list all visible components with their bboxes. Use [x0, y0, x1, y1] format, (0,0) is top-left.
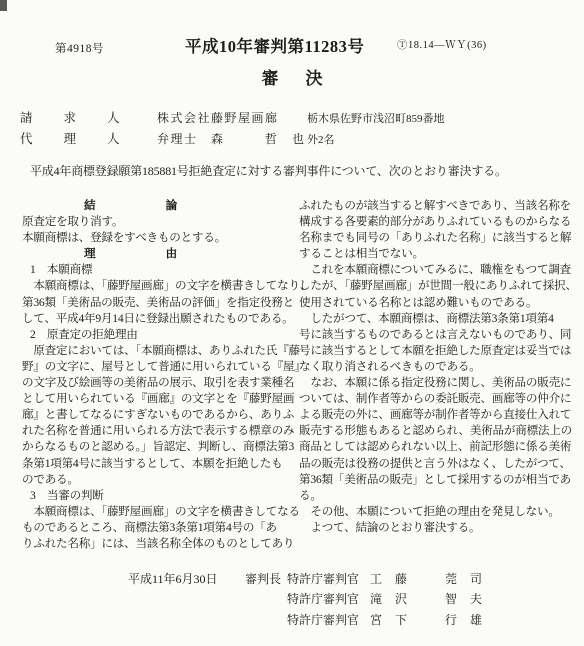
text-line: 商品としては認められない以上、前記形態に係る美術 — [299, 439, 579, 455]
text-line: 2 原査定の拒絶理由 — [22, 327, 294, 343]
examiner-name: 工 藤 莞 司 — [370, 572, 483, 586]
text-line: 原査定を取り消す。 — [22, 214, 294, 230]
party-name: 株式会社藤野屋画廊 — [157, 108, 307, 129]
decision-title: 審決 — [0, 64, 584, 89]
examiner-name: 宮 下 行 雄 — [370, 613, 483, 627]
text-line: したがつて、本願商標は、商標法第3条第1項第4 — [299, 311, 579, 327]
scan-artifact-mark — [0, 0, 7, 11]
text-line: なく取り消されるべきものである。 — [299, 359, 579, 375]
party-role: 請求人 — [20, 108, 157, 129]
text-line: 3 当審の判断 — [22, 488, 294, 504]
text-line: 第36類「美術品の販売」として採用するのが相当であ — [299, 472, 579, 488]
text-line: 品の販売は役務の提供と言う外はなく、したがつて、 — [299, 456, 579, 472]
text-line: 号に該当するものであるとは言えないものであり、同 — [299, 327, 579, 343]
text-line: 本願商標は、登録をすべきものとする。 — [22, 230, 294, 246]
party-role: 代理人 — [20, 129, 157, 150]
appeal-case-number: 平成10年審判第11283号 — [185, 33, 364, 57]
text-line: 廊』と書してなるにすぎないものであるから、ありふ — [22, 407, 294, 423]
decision-document-page: 第4918号 平成10年審判第11283号 Ⓣ18.14—ＷＹ(36) 審決 請… — [0, 0, 584, 646]
party-detail: 外2名 — [307, 129, 445, 150]
text-line: よる販売の外に、画廊等が制作者等から直接仕入れて — [299, 407, 579, 423]
text-line: これを本願商標についてみるに、職権をもつて調査 — [299, 262, 579, 278]
decision-date: 平成11年6月30日 — [128, 569, 218, 589]
examiner-row: 特許庁審判官 滝 沢 智 夫 — [287, 589, 483, 609]
examiner-name: 滝 沢 智 夫 — [370, 592, 483, 606]
text-line: 使用されている名称とは認め難いものである。 — [299, 295, 579, 311]
text-line: のである。 — [22, 472, 294, 488]
text-line: その他、本願について拒絶の理由を発見しない。 — [299, 504, 579, 520]
text-line: ついては、制作者等からの委託販売、画廊等の仲介に — [299, 391, 579, 407]
party-name: 弁理士 森 哲 也 — [157, 129, 307, 150]
text-line: りふれた名称」には、当該名称全体のものとしてあり — [22, 536, 294, 552]
text-line: ふれたものが該当すると解すべきであり、当該名称を — [299, 198, 579, 214]
text-line: したが、「藤野屋画廊」が世間一般にありふれて採択、 — [299, 278, 579, 294]
text-line: からなるものと認める。」旨認定、判断し、商標法第3 — [22, 439, 294, 455]
chief-examiner-label: 審判長 — [245, 569, 281, 589]
text-line: れた名称を普通に用いられる方法で表示する標章のみ — [22, 423, 294, 439]
examiner-row: 特許庁審判官 宮 下 行 雄 — [287, 610, 483, 630]
text-line: 結論 — [22, 198, 294, 214]
examiner-row: 特許庁審判官 工 藤 莞 司 — [287, 569, 483, 589]
text-line: 本願商標は、「藤野屋画廊」の文字を横書きしてなる — [22, 504, 294, 520]
party-row: 請求人 株式会社藤野屋画廊 栃木県佐野市浅沼町859番地 — [20, 108, 445, 129]
text-line: 原査定においては、「本願商標は、ありふれた氏『藤 — [22, 343, 294, 359]
text-line: することは相当でない。 — [299, 246, 579, 262]
decision-title-text: 審決 — [262, 69, 350, 88]
signature-block: 平成11年6月30日 審判長 特許庁審判官 工 藤 莞 司 特許庁審判官 滝 沢… — [128, 569, 483, 630]
text-line: 1 本願商標 — [22, 262, 294, 278]
right-text-column: ふれたものが該当すると解すべきであり、当該名称を構成する各要素的部分がありふれて… — [299, 198, 579, 536]
text-line: 販売する形態もあると認められ、美術品が商標法上の — [299, 423, 579, 439]
text-line: ものであるところ、商標法第3条第1項第4号の「あ — [22, 520, 294, 536]
text-line: 第36類「美術品の販売、美術品の評価」を指定役務と — [22, 295, 294, 311]
text-line: して、平成4年9月14日に登録出願されたものである。 — [22, 311, 294, 327]
text-line: よつて、結論のとおり審決する。 — [299, 520, 579, 536]
text-line: の文字及び絵画等の美術品の展示、取引を表す業種名 — [22, 375, 294, 391]
text-line: 構成する各要素的部分がありふれているものからなる — [299, 214, 579, 230]
text-line: 本願商標は、「藤野屋画廊」の文字を横書きしてなり、 — [22, 278, 294, 294]
party-row: 代理人 弁理士 森 哲 也 外2名 — [20, 129, 445, 150]
text-line: 野』の文字に、屋号として普通に用いられている『屋』 — [22, 359, 294, 375]
text-line: として用いられている『画廊』の文字とを『藤野屋画 — [22, 391, 294, 407]
text-line: 理由 — [22, 246, 294, 262]
classification-mark: Ⓣ18.14—ＷＹ(36) — [397, 37, 487, 52]
examiner-title: 特許庁審判官 — [287, 592, 359, 606]
examiner-list: 特許庁審判官 工 藤 莞 司 特許庁審判官 滝 沢 智 夫 特許庁審判官 宮 下… — [287, 569, 483, 630]
parties-block: 請求人 株式会社藤野屋画廊 栃木県佐野市浅沼町859番地 代理人 弁理士 森 哲… — [20, 108, 445, 150]
left-text-column: 結論原査定を取り消す。本願商標は、登録をすべきものとする。理由1 本願商標 本願… — [22, 198, 294, 552]
document-number: 第4918号 — [55, 40, 104, 56]
text-line: なお、本願に係る指定役務に関し、美術品の販売に — [299, 375, 579, 391]
case-statement: 平成4年商標登録願第185881号拒絶査定に対する審判事件について、次のとおり審… — [30, 162, 507, 179]
text-line: 条第1項第4号に該当するとして、本願を拒絶したも — [22, 456, 294, 472]
party-detail: 栃木県佐野市浅沼町859番地 — [307, 108, 445, 129]
text-line: 号に該当するとして本願を拒絶した原査定は妥当では — [299, 343, 579, 359]
text-line: る。 — [299, 488, 579, 504]
text-line: 名称までも同号の「ありふれた名称」に該当すると解 — [299, 230, 579, 246]
examiner-title: 特許庁審判官 — [287, 572, 359, 586]
examiner-title: 特許庁審判官 — [287, 613, 359, 627]
